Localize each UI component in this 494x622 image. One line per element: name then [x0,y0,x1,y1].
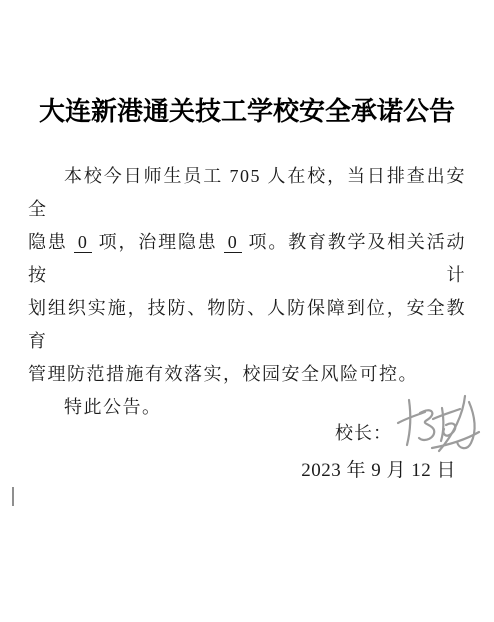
date-line: 2023 年 9 月 12 日 [301,455,456,482]
announcement-title: 大连新港通关技工学校安全承诺公告 [0,94,494,128]
body-line: 隐患 0 项，治理隐患 0 项。教育教学及相关活动按计 [28,226,466,292]
announcement-page: 大连新港通关技工学校安全承诺公告 本校今日师生员工 705 人在校，当日排查出安… [0,0,494,622]
body-line: 本校今日师生员工 705 人在校，当日排查出安全 [28,160,466,226]
announcement-body: 本校今日师生员工 705 人在校，当日排查出安全隐患 0 项，治理隐患 0 项。… [28,160,466,424]
text-segment: 划组织实施，技防、物防、人防保障到位，安全教育 [28,298,466,351]
text-segment: 隐患 [28,232,74,252]
body-line: 划组织实施，技防、物防、人防保障到位，安全教育 [28,292,466,358]
body-line: 管理防范措施有效落实，校园安全风险可控。 [28,358,466,391]
text-segment: 特此公告。 [64,397,162,417]
underlined-value: 0 [74,232,93,253]
signoff-block: 校长： [330,388,482,462]
text-cursor-artifact [12,487,14,506]
text-segment: 本校今日师生员工 705 人在校，当日排查出安全 [28,166,466,219]
text-segment: 管理防范措施有效落实，校园安全风险可控。 [28,364,418,384]
underlined-value: 0 [224,232,243,253]
text-segment: 项，治理隐患 [92,232,223,252]
